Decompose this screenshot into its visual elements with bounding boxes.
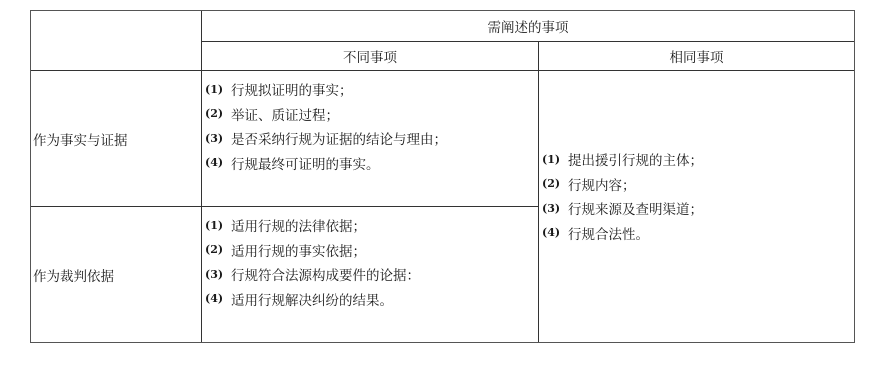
item-number: (2): [542, 177, 568, 190]
list-item: (2) 举证、质证过程；: [205, 102, 538, 127]
item-number: (3): [542, 202, 568, 215]
list-item: (3) 行规符合法源构成要件的论据：: [205, 262, 538, 287]
same-items-list: (1) 提出援引行规的主体； (2) 行规内容； (3) 行规来源及查明渠道； …: [539, 147, 854, 257]
item-number: (3): [205, 268, 231, 281]
item-number: (1): [542, 153, 568, 166]
list-item: (3) 是否采纳行规为证据的结论与理由；: [205, 126, 538, 151]
item-text: 是否采纳行规为证据的结论与理由；: [231, 128, 447, 148]
header-different-text: 不同事项: [343, 46, 397, 66]
item-number: (2): [205, 107, 231, 120]
row-label-text: 作为裁判依据: [33, 265, 114, 285]
item-text: 行规最终可证明的事实。: [231, 153, 380, 173]
item-text: 行规内容；: [568, 174, 636, 194]
item-number: (4): [205, 156, 231, 169]
row-label-judgment-basis: 作为裁判依据: [31, 207, 201, 342]
row-label-text: 作为事实与证据: [33, 129, 128, 149]
item-number: (4): [542, 226, 568, 239]
header-col-same: 相同事项: [539, 42, 854, 70]
row2-different-list: (1) 适用行规的法律依据； (2) 适用行规的事实依据； (3) 行规符合法源…: [202, 213, 538, 342]
list-item: (1) 提出援引行规的主体；: [542, 147, 854, 172]
item-number: (1): [205, 83, 231, 96]
header-group-label: 需阐述的事项: [202, 11, 854, 41]
list-item: (3) 行规来源及查明渠道；: [542, 196, 854, 221]
item-text: 适用行规的法律依据；: [231, 215, 366, 235]
header-group-text: 需阐述的事项: [488, 16, 569, 36]
item-text: 行规来源及查明渠道；: [568, 198, 703, 218]
item-text: 适用行规解决纠纷的结果。: [231, 289, 393, 309]
item-number: (1): [205, 219, 231, 232]
list-item: (2) 适用行规的事实依据；: [205, 238, 538, 263]
header-col-different: 不同事项: [202, 42, 538, 70]
list-item: (4) 行规最终可证明的事实。: [205, 151, 538, 176]
item-text: 行规合法性。: [568, 223, 649, 243]
item-number: (4): [205, 292, 231, 305]
header-same-text: 相同事项: [670, 46, 724, 66]
item-text: 适用行规的事实依据；: [231, 240, 366, 260]
item-text: 提出援引行规的主体；: [568, 149, 703, 169]
item-number: (3): [205, 132, 231, 145]
item-text: 行规拟证明的事实；: [231, 79, 353, 99]
list-item: (4) 行规合法性。: [542, 221, 854, 246]
list-item: (1) 行规拟证明的事实；: [205, 77, 538, 102]
item-text: 举证、质证过程；: [231, 104, 339, 124]
comparison-table: 需阐述的事项 不同事项 相同事项 作为事实与证据 (1) 行规拟证明的事实； (…: [30, 10, 855, 343]
row1-different-list: (1) 行规拟证明的事实； (2) 举证、质证过程； (3) 是否采纳行规为证据…: [202, 77, 538, 206]
list-item: (2) 行规内容；: [542, 172, 854, 197]
list-item: (4) 适用行规解决纠纷的结果。: [205, 287, 538, 312]
list-item: (1) 适用行规的法律依据；: [205, 213, 538, 238]
item-text: 行规符合法源构成要件的论据：: [231, 264, 420, 284]
item-number: (2): [205, 243, 231, 256]
row-label-facts-evidence: 作为事实与证据: [31, 71, 201, 206]
